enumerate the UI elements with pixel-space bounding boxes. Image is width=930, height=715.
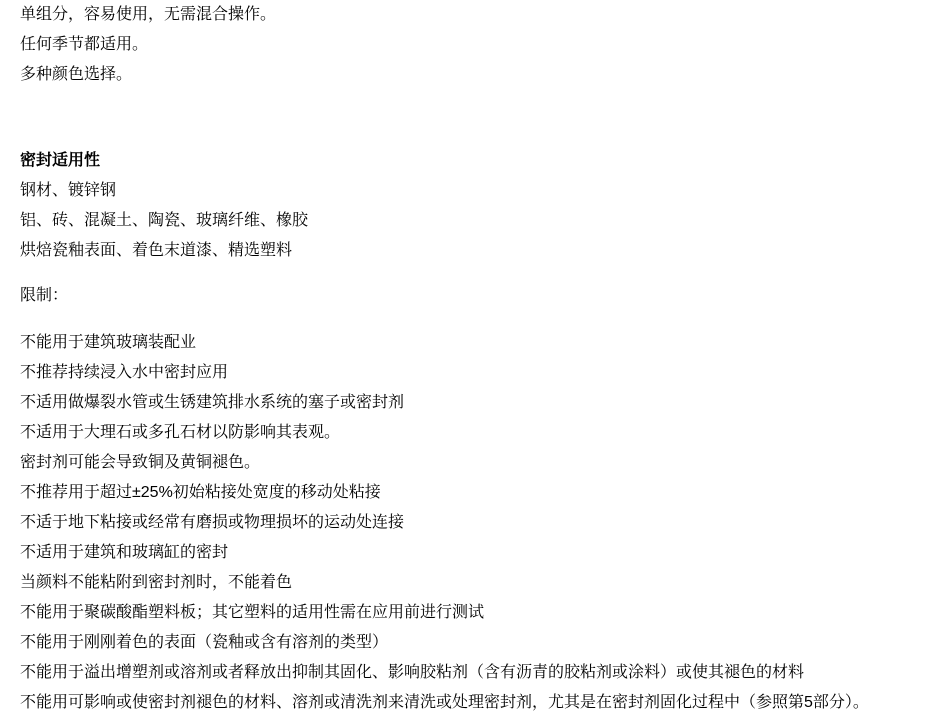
limitation-item: 不能用可影响或使密封剂褪色的材料、溶剂或清洗剂来清洗或处理密封剂，尤其是在密封剂… bbox=[20, 688, 920, 715]
limitation-item: 不能用于建筑玻璃装配业 bbox=[20, 328, 920, 358]
suitability-item: 烘焙瓷釉表面、着色末道漆、精选塑料 bbox=[20, 236, 920, 266]
limitation-item: 不适用做爆裂水管或生锈建筑排水系统的塞子或密封剂 bbox=[20, 388, 920, 418]
suitability-item: 钢材、镀锌钢 bbox=[20, 176, 920, 206]
limitation-item: 密封剂可能会导致铜及黄铜褪色。 bbox=[20, 448, 920, 478]
limitation-item: 不适用于建筑和玻璃缸的密封 bbox=[20, 538, 920, 568]
limitation-item: 当颜料不能粘附到密封剂时，不能着色 bbox=[20, 568, 920, 598]
intro-line: 任何季节都适用。 bbox=[20, 30, 920, 60]
section-heading-suitability: 密封适用性 bbox=[20, 146, 920, 176]
spacer bbox=[20, 311, 920, 328]
limitation-item: 不能用于聚碳酸酯塑料板；其它塑料的适用性需在应用前进行测试 bbox=[20, 598, 920, 628]
spacer bbox=[20, 90, 920, 146]
limitations-label: 限制： bbox=[20, 281, 920, 311]
limitation-item: 不能用于刚刚着色的表面（瓷釉或含有溶剂的类型） bbox=[20, 628, 920, 658]
intro-line: 多种颜色选择。 bbox=[20, 60, 920, 90]
limitation-item: 不适于地下粘接或经常有磨损或物理损坏的运动处连接 bbox=[20, 508, 920, 538]
suitability-item: 铝、砖、混凝土、陶瓷、玻璃纤维、橡胶 bbox=[20, 206, 920, 236]
limitation-item: 不能用于溢出增塑剂或溶剂或者释放出抑制其固化、影响胶粘剂（含有沥青的胶粘剂或涂料… bbox=[20, 658, 920, 688]
limitation-item: 不推荐用于超过±25%初始粘接处宽度的移动处粘接 bbox=[20, 478, 920, 508]
intro-line: 单组分，容易使用，无需混合操作。 bbox=[20, 0, 920, 30]
limitation-item: 不推荐持续浸入水中密封应用 bbox=[20, 358, 920, 388]
spacer bbox=[20, 266, 920, 281]
document-body: 单组分，容易使用，无需混合操作。 任何季节都适用。 多种颜色选择。 密封适用性 … bbox=[0, 0, 930, 715]
limitation-item: 不适用于大理石或多孔石材以防影响其表观。 bbox=[20, 418, 920, 448]
